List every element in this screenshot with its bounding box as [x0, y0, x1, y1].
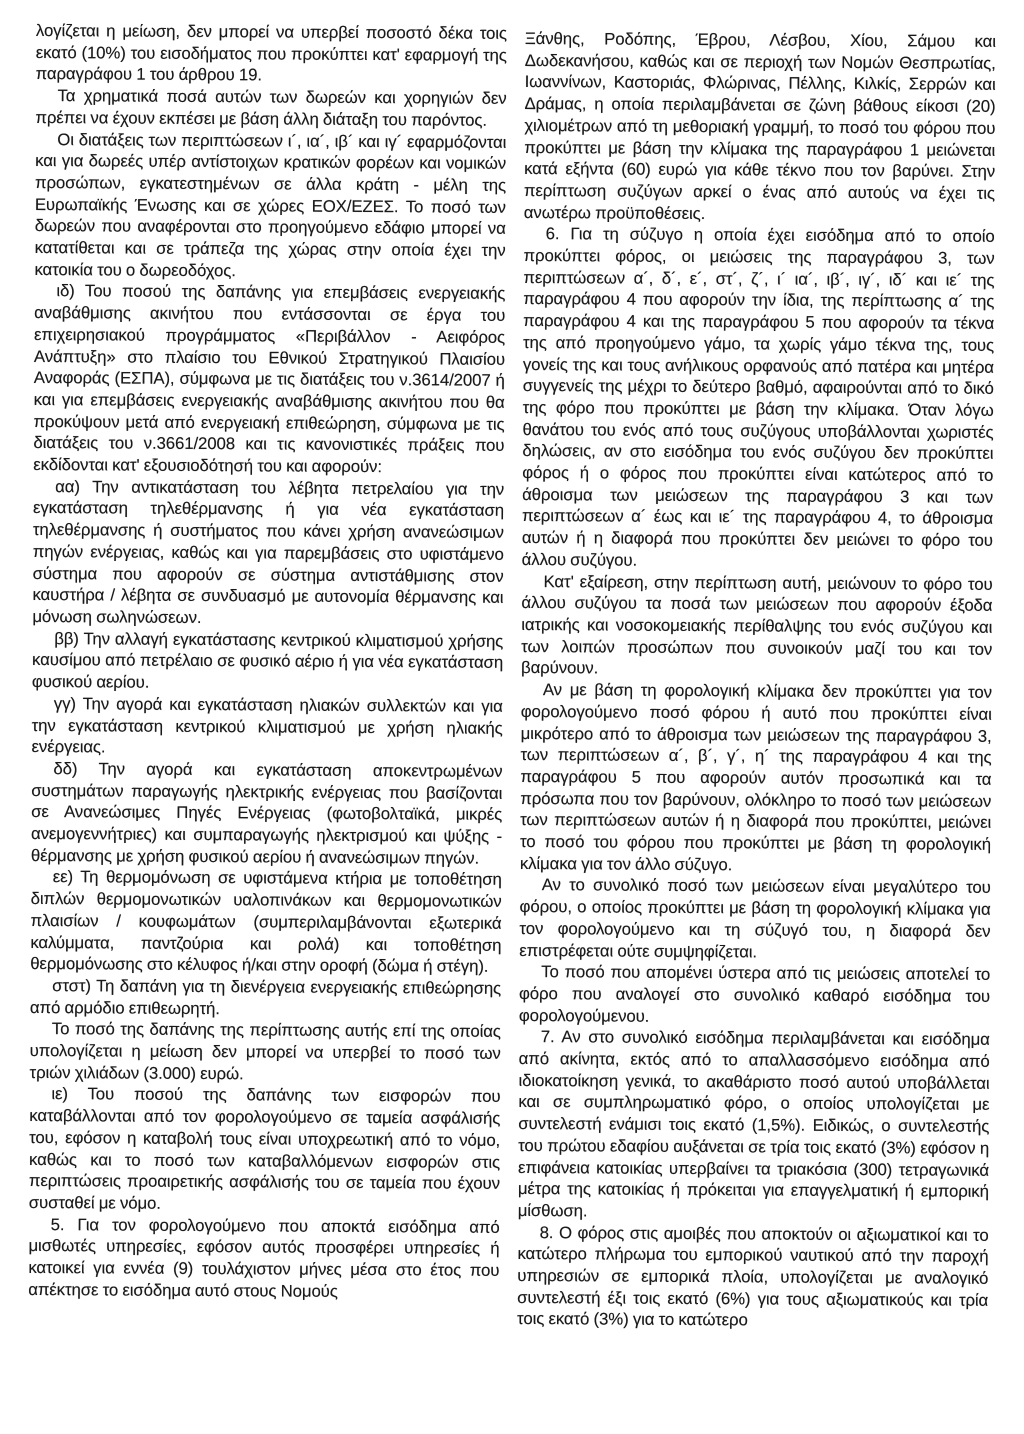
paragraph: 8. Ο φόρος στις αμοιβές που αποκτούν οι …: [517, 1222, 989, 1333]
right-column: Ξάνθης, Ροδόπης, Έβρου, Λέσβου, Χίου, Σά…: [516, 23, 996, 1434]
paragraph: Αν με βάση τη φορολογική κλίμακα δεν προ…: [520, 679, 992, 877]
paragraph: Αν το συνολικό ποσό των μειώσεων είναι μ…: [519, 874, 991, 964]
paragraph: στστ) Τη δαπάνη για τη διενέργεια ενεργε…: [30, 975, 501, 1021]
paragraph: ιδ) Του ποσού της δαπάνης για επεμβάσεις…: [33, 280, 505, 478]
paragraph: λογίζεται η μείωση, δεν μπορεί να υπερβε…: [36, 20, 507, 88]
document-page: λογίζεται η μείωση, δεν μπορεί να υπερβε…: [0, 0, 1024, 1434]
paragraph: Το ποσό της δαπάνης της περίπτωσης αυτής…: [30, 1018, 501, 1086]
paragraph: γγ) Την αγορά και εγκατάσταση ηλιακών συ…: [31, 693, 502, 761]
paragraph: Ξάνθης, Ροδόπης, Έβρου, Λέσβου, Χίου, Σά…: [524, 28, 996, 226]
paragraph: Οι διατάξεις των περιπτώσεων ι´, ια´, ιβ…: [34, 128, 506, 283]
paragraph: Τα χρηματικά ποσά αυτών των δωρεών και χ…: [35, 85, 506, 131]
paragraph: ββ) Την αλλαγή εγκατάστασης κεντρικού κλ…: [32, 628, 503, 696]
paragraph: δδ) Την αγορά και εγκατάσταση αποκεντρωμ…: [31, 758, 503, 869]
paragraph: 5. Για τον φορολογούμενο που αποκτά εισό…: [28, 1214, 500, 1304]
paragraph: 7. Αν στο συνολικό εισόδημα περιλαμβάνετ…: [518, 1026, 990, 1224]
paragraph: ιε) Του ποσού της δαπάνης των εισφορών π…: [29, 1083, 501, 1216]
paragraph: Κατ' εξαίρεση, στην περίπτωση αυτή, μειώ…: [521, 571, 993, 682]
left-column: λογίζεται η μείωση, δεν μπορεί να υπερβε…: [27, 20, 507, 1434]
paragraph: Το ποσό που απομένει ύστερα από τις μειώ…: [519, 961, 990, 1029]
paragraph: αα) Την αντικατάσταση του λέβητα πετρελα…: [32, 476, 504, 631]
paragraph: 6. Για τη σύζυγο η οποία έχει εισόδημα α…: [522, 223, 995, 573]
paragraph: εε) Τη θερμομόνωση σε υφιστάμενα κτήρια …: [30, 866, 502, 977]
